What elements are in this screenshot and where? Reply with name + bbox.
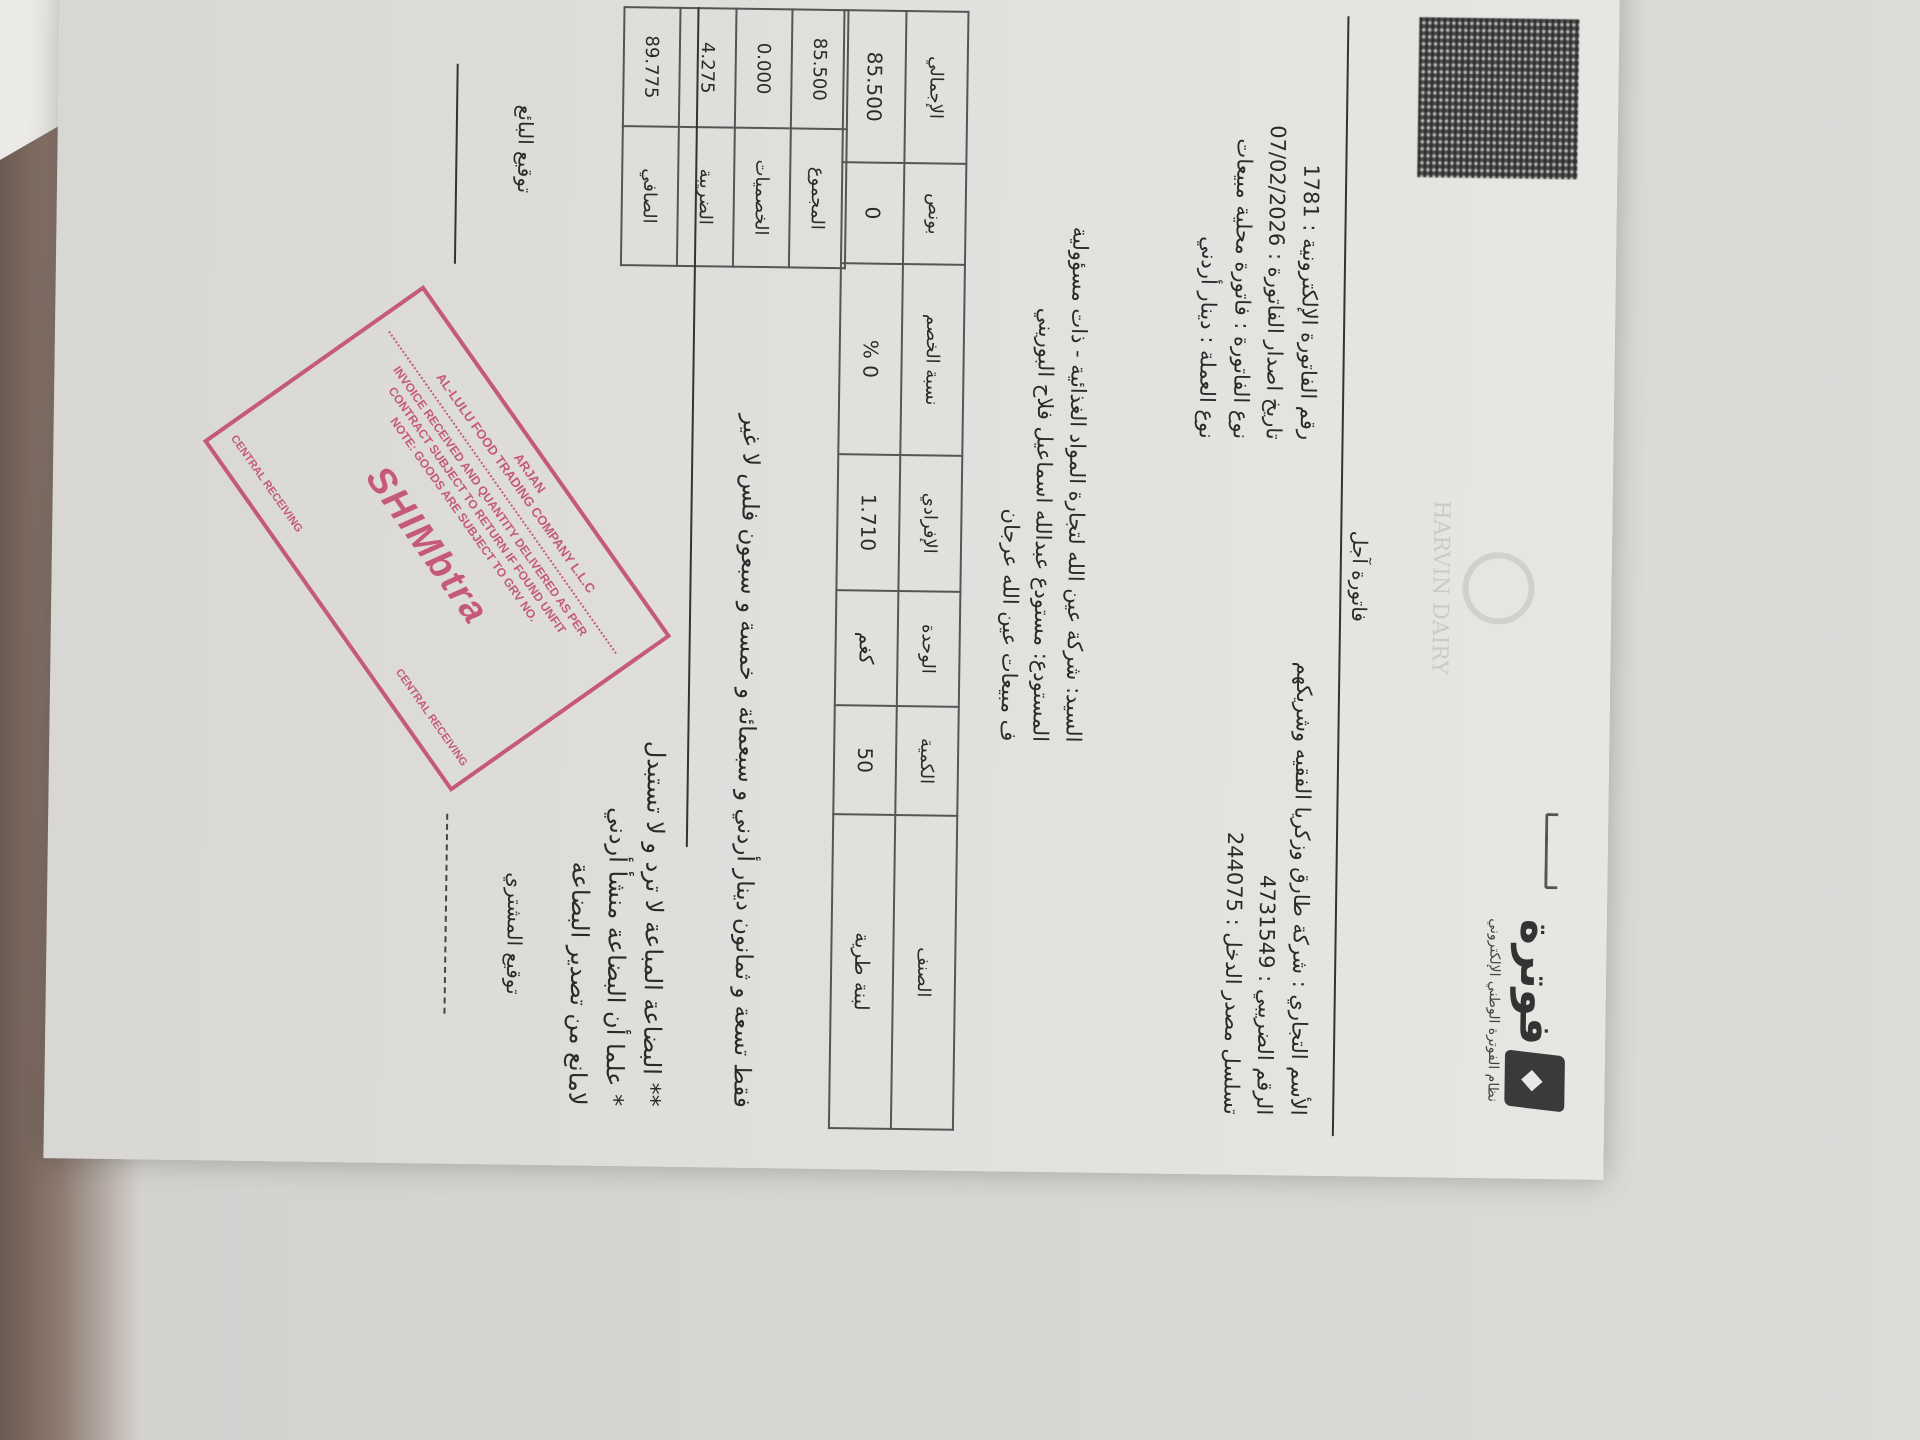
- issue-date-label: تاريخ اصدار الفاتورة: [1262, 267, 1288, 440]
- col-unit: الوحدة: [897, 591, 961, 707]
- issue-date-row: تاريخ اصدار الفاتورة : 07/02/2026: [1256, 125, 1294, 440]
- logo-badge-icon: ◆: [1504, 1050, 1565, 1113]
- buyer-name-row: السيد: شركة عين الله لتجارة المواد الغذا…: [1057, 227, 1097, 743]
- watermark-text: HARVIN DAIRY: [1427, 500, 1454, 675]
- currency-label: نوع العملة: [1195, 350, 1220, 439]
- buyer-info: السيد: شركة عين الله لتجارة المواد الغذا…: [992, 226, 1097, 743]
- invoice-number-value: 1781: [1299, 164, 1324, 218]
- col-bonus: بونص: [903, 163, 966, 264]
- totals-summary: المجموع 85.500 الخصميات 0.000 الضريبة 4.…: [620, 6, 850, 269]
- summary-value: 0.000: [735, 9, 793, 129]
- col-discount: نسبة الخصم: [900, 264, 965, 456]
- receiving-stamp: ARJAN AL-LULU FOOD TRADING COMPANY L.L.C…: [203, 285, 671, 792]
- currency-row: نوع العملة : دينار أردني: [1189, 124, 1227, 439]
- cell-quantity: 50: [833, 705, 897, 814]
- buyer-signature-line: [443, 814, 448, 1014]
- note-line: * علما أن البضاعة منشأ أردني: [595, 740, 637, 1106]
- summary-value: 4.275: [679, 8, 737, 128]
- tax-number-label: الرقم الضريبي: [1253, 989, 1279, 1116]
- col-quantity: الكمية: [895, 706, 959, 815]
- summary-label: الصافي: [621, 126, 679, 266]
- cell-discount: 0 %: [838, 263, 903, 455]
- warehouse-value: مستودع عبدالله اسماعيل فلاح البوريني: [1030, 308, 1059, 647]
- invoice-notes: ** البضاعة المباعة لا ترد و لا تستبدل * …: [558, 740, 675, 1107]
- summary-label: المجموع: [789, 128, 847, 268]
- tax-number-row: الرقم الضريبي : 4731549: [1247, 661, 1287, 1115]
- currency-value: دينار أردني: [1196, 236, 1221, 330]
- col-total: الإجمالي: [904, 11, 968, 164]
- summary-row-tax: الضريبة 4.275: [677, 8, 737, 267]
- qr-code: [1417, 17, 1579, 179]
- summary-label: الضريبة: [677, 127, 735, 267]
- cell-total: 85.500: [842, 10, 906, 163]
- watermark-figure-icon: [1462, 552, 1535, 625]
- buyer-name-value: شركة عين الله لتجارة المواد الغذائية - ذ…: [1062, 227, 1092, 681]
- note-line: لامانع من تصدير البضاعة: [558, 740, 600, 1106]
- amount-in-words: فقط تسعة و ثمانون دينار أردني و سبعمائة …: [728, 414, 764, 1108]
- invoice-meta: رقم الفاتورة الإلكترونية : 1781 تاريخ اص…: [1189, 124, 1328, 440]
- logo-subtitle: نظام الفوترة الوطني الإلكتروني: [1484, 918, 1503, 1102]
- warehouse-label: المستودع:: [1029, 653, 1054, 743]
- invoice-type-row: نوع الفاتورة : فاتورة محلية مبيعات: [1223, 125, 1261, 440]
- invoice-number-row: رقم الفاتورة الإلكترونية : 1781: [1290, 125, 1328, 440]
- trade-name-row: الأسم التجاري : شركة طارق وزكريا الفقيه …: [1281, 662, 1321, 1116]
- cell-bonus: 0: [841, 162, 904, 263]
- invoice-number-label: رقم الفاتورة الإلكترونية: [1296, 238, 1323, 440]
- dairy-watermark-logo: HARVIN DAIRY: [1390, 497, 1572, 679]
- stamp-dotted-line: [388, 331, 617, 654]
- seller-signature-label: توقيع البائع: [513, 105, 538, 194]
- buyer-signature-label: توقيع المشتري: [502, 872, 528, 995]
- seller-info: الأسم التجاري : شركة طارق وزكريا الفقيه …: [1213, 661, 1320, 1116]
- invoice-paper: فوترة ◆ نظام الفوترة الوطني الإلكتروني H…: [43, 0, 1620, 1180]
- invoice-type-label: نوع الفاتورة: [1228, 336, 1253, 439]
- stamp-side-left: CENTRAL RECEIVING: [227, 433, 305, 535]
- income-source-value: 244075: [1222, 832, 1247, 912]
- trade-name-label: الأسم التجاري: [1286, 994, 1312, 1115]
- logo-brand-text: فوترة: [1510, 919, 1563, 1046]
- items-table-container: الصنف الكمية الوحدة الإفرادي نسبة الخصم …: [828, 0, 970, 1131]
- col-item: الصنف: [891, 815, 957, 1130]
- tax-number-value: 4731549: [1255, 875, 1280, 969]
- income-source-label: تسلسل مصدر الدخل: [1219, 932, 1246, 1115]
- items-table: الصنف الكمية الوحدة الإفرادي نسبة الخصم …: [828, 9, 970, 1131]
- summary-value: 89.775: [623, 7, 681, 127]
- note-line: ** البضاعة المباعة لا ترد و لا تستبدل: [632, 741, 674, 1107]
- bracket-mark-icon: [1544, 813, 1558, 889]
- summary-label: الخصميات: [733, 128, 791, 268]
- trade-name-value: شركة طارق وزكريا الفقيه وشريكهم: [1288, 662, 1316, 975]
- cell-unit-price: 1.710: [836, 454, 900, 591]
- buyer-mr-label: السيد:: [1061, 687, 1086, 743]
- summary-row-subtotal: المجموع 85.500: [789, 9, 849, 268]
- summary-row-discounts: الخصميات 0.000: [733, 9, 793, 268]
- fawtara-logo: فوترة ◆ نظام الفوترة الوطني الإلكتروني: [1424, 917, 1567, 1139]
- seller-signature-line: [454, 64, 459, 264]
- cell-item: لبنة طرية: [829, 814, 895, 1129]
- summary-row-net: الصافي 89.775: [621, 7, 681, 266]
- income-source-row: تسلسل مصدر الدخل : 244075: [1213, 661, 1253, 1115]
- totals-table: المجموع 85.500 الخصميات 0.000 الضريبة 4.…: [620, 6, 850, 269]
- invoice-type-value: فاتورة محلية مبيعات: [1230, 138, 1256, 316]
- issue-date-value: 07/02/2026: [1265, 125, 1291, 246]
- col-unit-price: الإفرادي: [898, 455, 962, 592]
- stamp-side-right: CENTRAL RECEIVING: [392, 667, 470, 769]
- cell-unit: كغم: [835, 590, 899, 706]
- summary-value: 85.500: [791, 9, 849, 129]
